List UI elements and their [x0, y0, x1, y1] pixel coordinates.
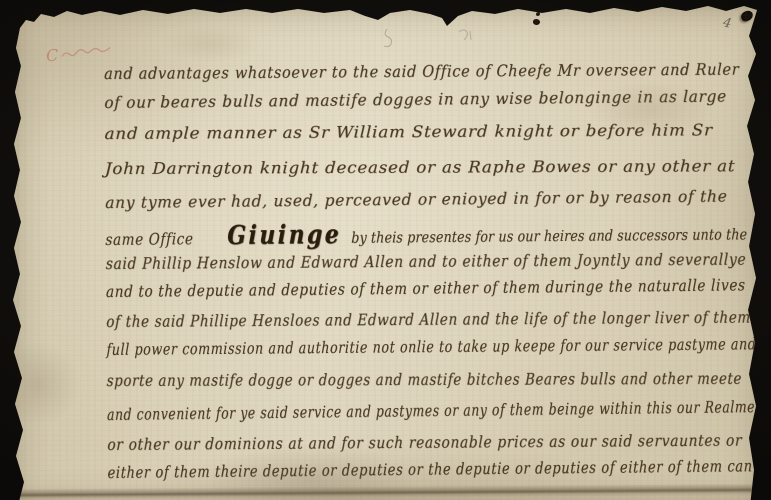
manuscript-line: or other our dominions at and for such r…	[107, 431, 742, 454]
manuscript-line: John Darrington knight deceased or as Ra…	[105, 156, 736, 178]
ink-spot-large	[533, 19, 540, 25]
ink-spot-small	[536, 12, 540, 16]
red-squiggle-mark	[60, 44, 113, 62]
manuscript-line: full power commission and authoritie not…	[106, 334, 756, 359]
giving-word: Giuinge	[227, 220, 342, 251]
line-segment: by theis presentes for us our heires and…	[351, 225, 747, 246]
manuscript-line: sporte any mastife dogge or dogges and m…	[107, 369, 743, 390]
manuscript-line: either of them theire deputie or deputie…	[107, 456, 752, 482]
corner-ink-blot	[740, 10, 754, 23]
manuscript-photo: C 4 and advantages whatsoever to the sai…	[0, 0, 771, 500]
manuscript-line: of the said Phillipe Hensloes and Edward…	[106, 307, 751, 331]
manuscript-line: and advantages whatsoever to the said Of…	[104, 60, 740, 83]
line-segment: same Office	[105, 229, 194, 249]
manuscript-line: said Phillip Henslow and Edward Allen an…	[106, 250, 747, 273]
manuscript-line: any tyme ever had, used, perceaved or en…	[105, 186, 728, 212]
manuscript-line-giving: same Office Giuinge by theis presentes f…	[105, 216, 747, 252]
faint-pencil-marks	[375, 26, 505, 48]
manuscript-line: and convenient for ye said service and p…	[107, 397, 755, 424]
manuscript-line: and ample manner as Sr William Steward k…	[104, 120, 713, 143]
manuscript-line: and to the deputie and deputies of them …	[106, 275, 746, 301]
manuscript-paper: C 4 and advantages whatsoever to the sai…	[10, 4, 764, 500]
manuscript-text: and advantages whatsoever to the said Of…	[104, 58, 763, 494]
manuscript-line: of our beares bulls and mastife dogges i…	[104, 86, 727, 112]
red-shelfmark-letter: C	[45, 45, 59, 65]
folio-number: 4	[722, 15, 733, 31]
red-chalk-shelfmark: C	[45, 42, 112, 66]
